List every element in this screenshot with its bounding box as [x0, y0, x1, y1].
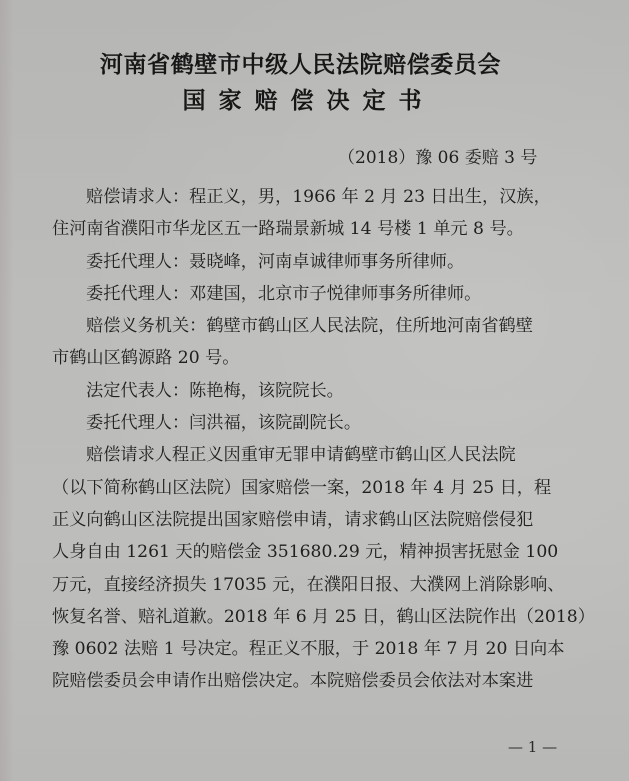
- paragraph-claimant: 赔偿请求人：程正义，男，1966 年 2 月 23 日出生，汉族， 住河南省濮阳…: [52, 181, 564, 246]
- paragraph-legal-representative: 法定代表人：陈艳梅，该院院长。: [52, 375, 564, 407]
- document-page: 河南省鹤壁市中级人民法院赔偿委员会 国家赔偿决定书 （2018）豫 06 委赔 …: [0, 0, 629, 781]
- page-number: — 1 —: [508, 738, 557, 756]
- text-line: 委托代理人：邓建国，北京市子悦律师事务所律师。: [52, 278, 564, 310]
- text-line: 委托代理人：聂晓峰，河南卓诚律师事务所律师。: [52, 246, 564, 278]
- document-body: 赔偿请求人：程正义，男，1966 年 2 月 23 日出生，汉族， 住河南省濮阳…: [52, 181, 564, 698]
- court-title: 河南省鹤壁市中级人民法院赔偿委员会: [0, 46, 615, 79]
- text-line: 院赔偿委员会申请作出赔偿决定。本院赔偿委员会依法对本案进: [52, 665, 564, 697]
- text-line: 正义向鹤山区法院提出国家赔偿申请，请求鹤山区法院赔偿侵犯: [52, 504, 564, 536]
- document-type-title: 国家赔偿决定书: [0, 82, 623, 115]
- text-line: 法定代表人：陈艳梅，该院院长。: [52, 375, 564, 407]
- text-line: 赔偿请求人程正义因重审无罪申请鹤壁市鹤山区人民法院: [52, 439, 564, 471]
- text-line: 恢复名誉、赔礼道歉。2018 年 6 月 25 日，鹤山区法院作出（2018）: [52, 601, 564, 633]
- case-number: （2018）豫 06 委赔 3 号: [338, 143, 537, 168]
- text-line: 万元，直接经济损失 17035 元，在濮阳日报、大濮网上消除影响、: [52, 569, 564, 601]
- paragraph-case-facts: 赔偿请求人程正义因重审无罪申请鹤壁市鹤山区人民法院 （以下简称鹤山区法院）国家赔…: [52, 439, 564, 697]
- paragraph-obligor-agent: 委托代理人：闫洪福，该院副院长。: [52, 407, 564, 439]
- text-line: 委托代理人：闫洪福，该院副院长。: [52, 407, 564, 439]
- text-line: 住河南省濮阳市华龙区五一路瑞景新城 14 号楼 1 单元 8 号。: [52, 213, 564, 245]
- text-line: 赔偿请求人：程正义，男，1966 年 2 月 23 日出生，汉族，: [52, 181, 564, 213]
- paragraph-claimant-agent-1: 委托代理人：聂晓峰，河南卓诚律师事务所律师。: [52, 246, 564, 278]
- text-line: （以下简称鹤山区法院）国家赔偿一案，2018 年 4 月 25 日，程: [52, 472, 564, 504]
- paragraph-claimant-agent-2: 委托代理人：邓建国，北京市子悦律师事务所律师。: [52, 278, 564, 310]
- text-line: 豫 0602 法赔 1 号决定。程正义不服，于 2018 年 7 月 20 日向…: [52, 633, 564, 665]
- paragraph-obligor-organ: 赔偿义务机关：鹤壁市鹤山区人民法院，住所地河南省鹤壁 市鹤山区鹤源路 20 号。: [52, 310, 564, 375]
- text-line: 赔偿义务机关：鹤壁市鹤山区人民法院，住所地河南省鹤壁: [52, 310, 564, 342]
- text-line: 人身自由 1261 天的赔偿金 351680.29 元，精神损害抚慰金 100: [52, 536, 564, 568]
- text-line: 市鹤山区鹤源路 20 号。: [52, 342, 564, 374]
